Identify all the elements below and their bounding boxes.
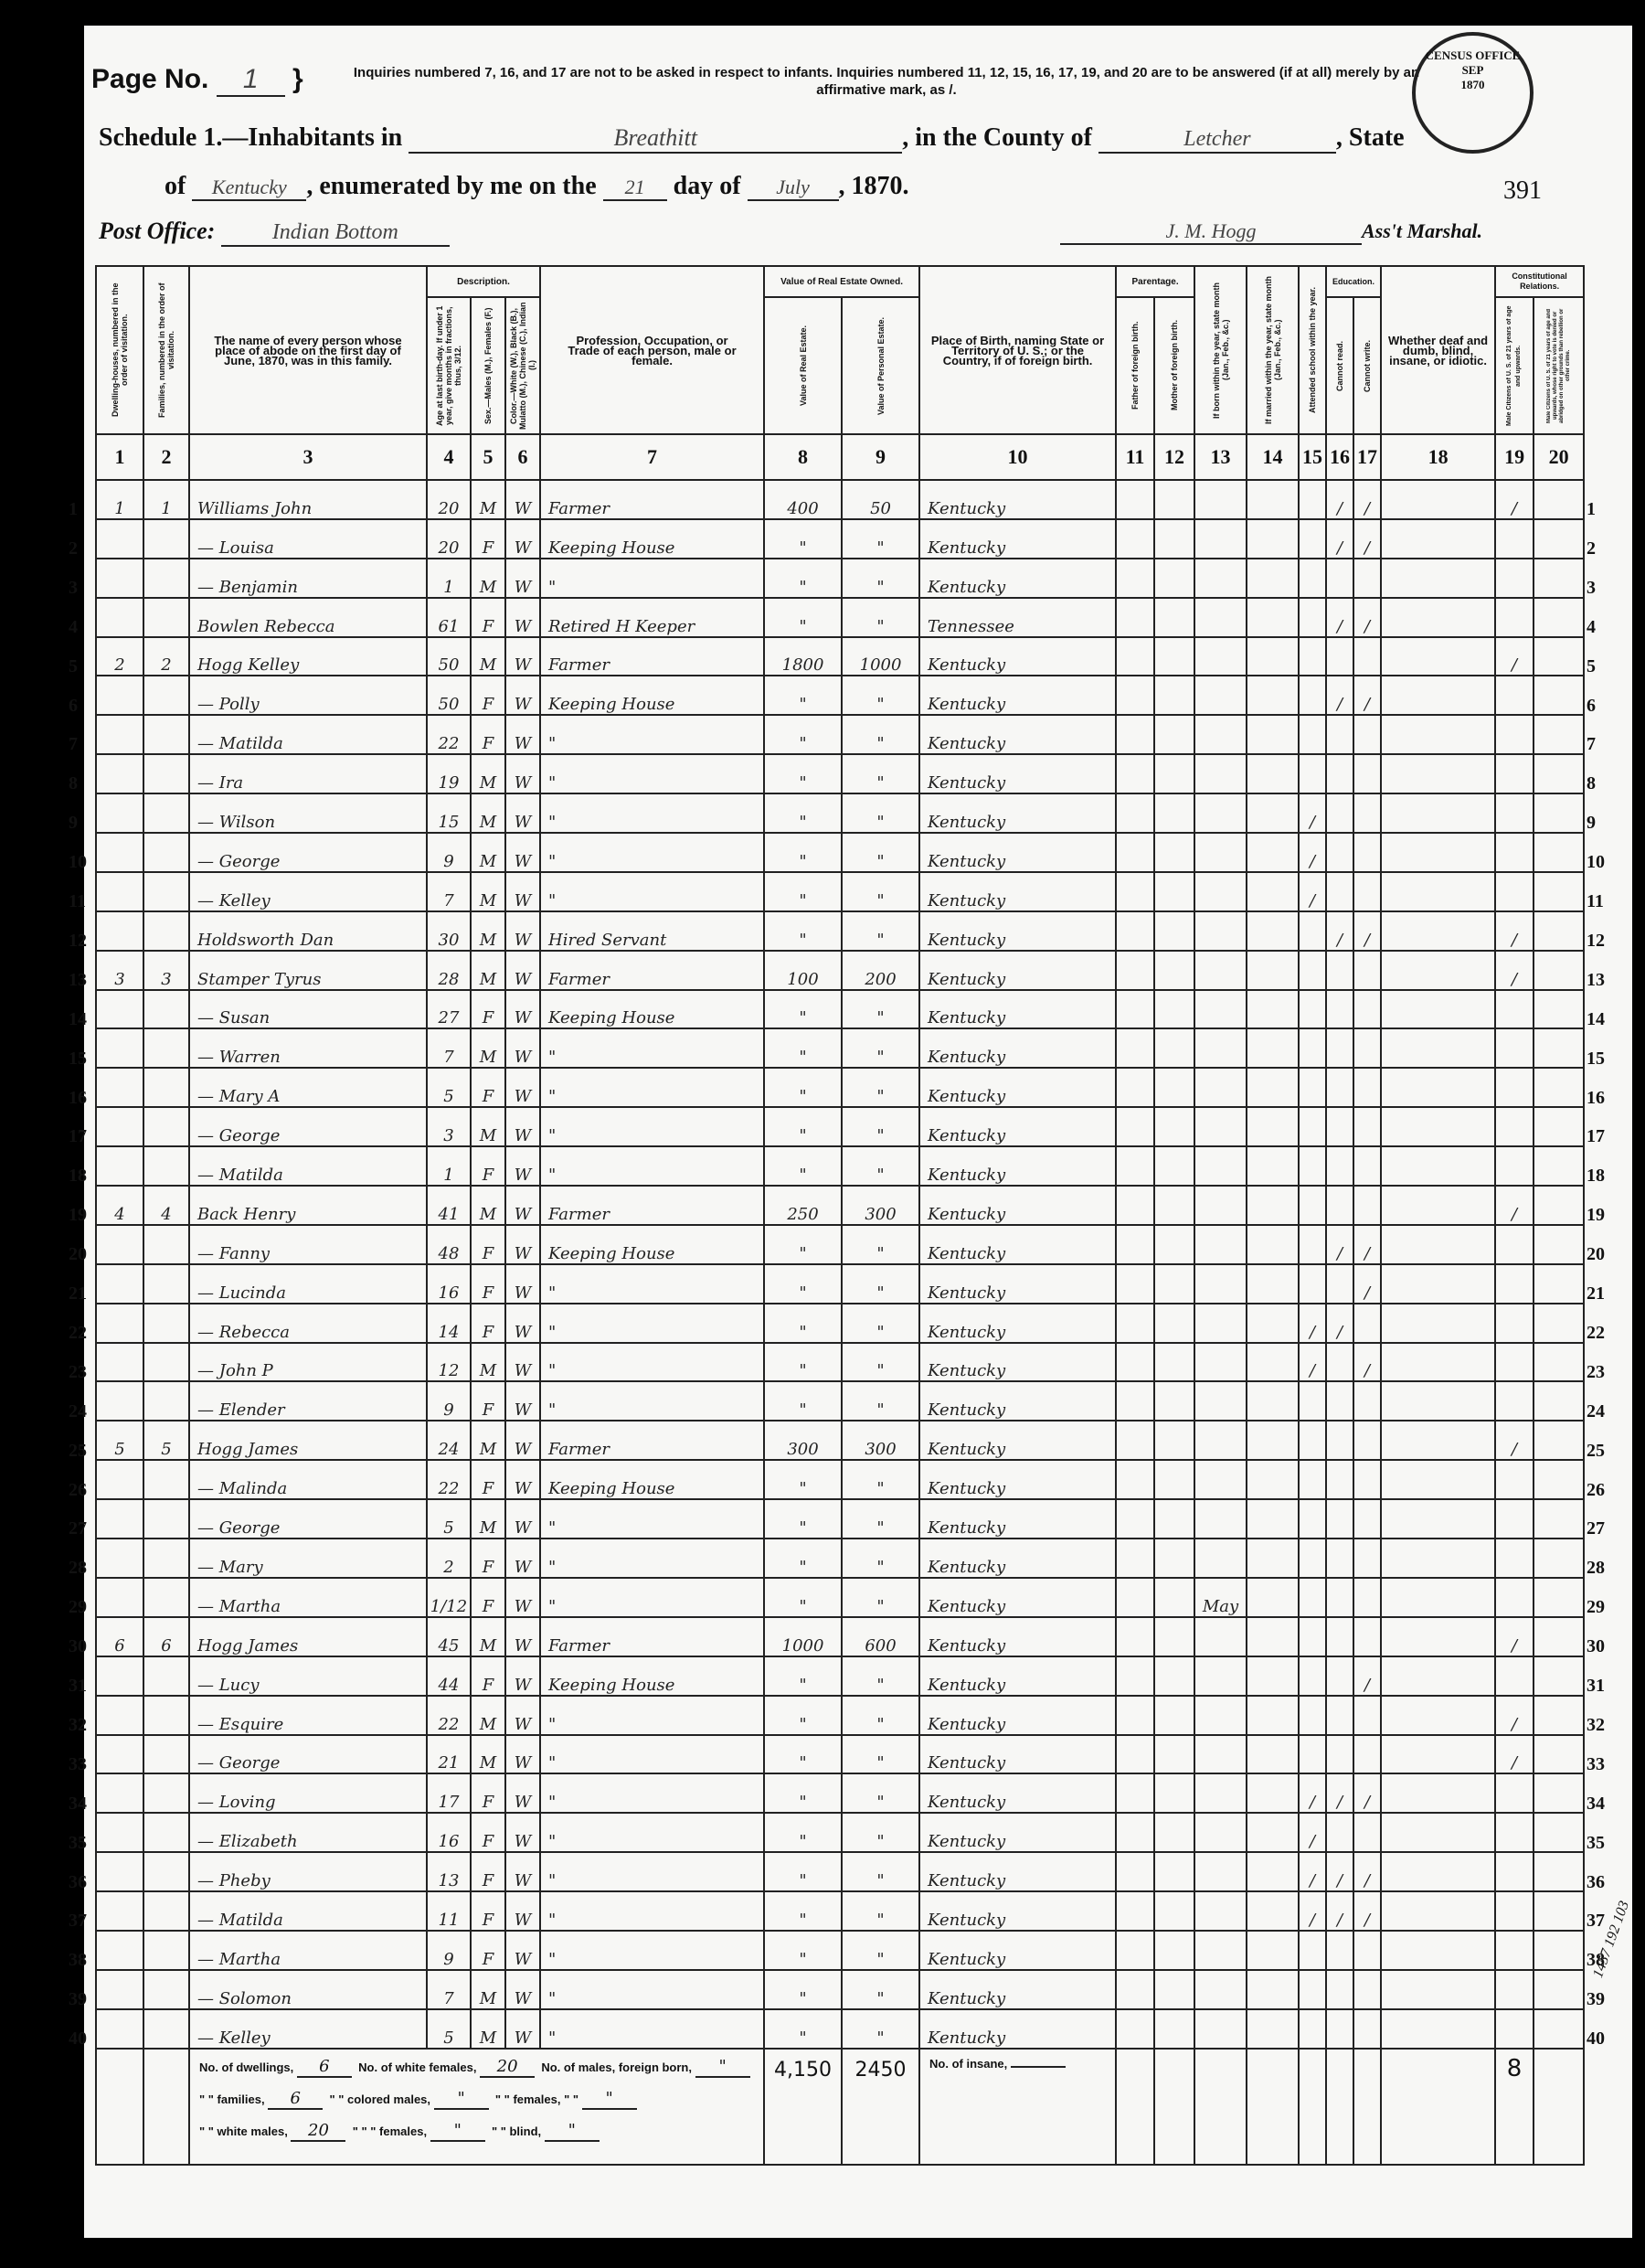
summary-blank bbox=[1381, 2049, 1495, 2165]
col-num: 5 bbox=[471, 434, 505, 480]
table-row: 44Back Henry41MWFarmer250300Kentucky/ bbox=[96, 1186, 1584, 1225]
born-month bbox=[1194, 1656, 1247, 1696]
line-number: 24 bbox=[69, 1401, 87, 1422]
disability bbox=[1381, 990, 1495, 1029]
male-citizen bbox=[1495, 1146, 1534, 1186]
born-month bbox=[1194, 1304, 1247, 1343]
male-citizen bbox=[1495, 1931, 1534, 1970]
birthplace: Kentucky bbox=[919, 715, 1116, 754]
line-number: 39 bbox=[69, 1989, 87, 2010]
disability bbox=[1381, 676, 1495, 715]
age: 15 bbox=[427, 793, 471, 833]
mother-foreign bbox=[1154, 1068, 1194, 1107]
mother-foreign bbox=[1154, 911, 1194, 951]
disability bbox=[1381, 1225, 1495, 1264]
table-row: — Mary2FW"""Kentucky bbox=[96, 1539, 1584, 1578]
dwelling-number bbox=[96, 990, 143, 1029]
father-foreign bbox=[1116, 480, 1154, 519]
sex: M bbox=[471, 951, 505, 990]
color: W bbox=[505, 1421, 540, 1460]
sex: F bbox=[471, 1304, 505, 1343]
born-month bbox=[1194, 1186, 1247, 1225]
personal-estate-value: " bbox=[842, 1381, 919, 1421]
cannot-write bbox=[1353, 951, 1381, 990]
col-num: 16 bbox=[1326, 434, 1353, 480]
color: W bbox=[505, 1343, 540, 1382]
line-number: 6 bbox=[1587, 696, 1596, 717]
col-num: 8 bbox=[764, 434, 842, 480]
line-number: 11 bbox=[69, 891, 86, 912]
mother-foreign bbox=[1154, 1931, 1194, 1970]
birthplace: Kentucky bbox=[919, 1146, 1116, 1186]
born-month bbox=[1194, 1107, 1247, 1146]
birthplace: Kentucky bbox=[919, 1225, 1116, 1264]
col-header-14: If married within the year, state month … bbox=[1247, 266, 1299, 434]
dwelling-number bbox=[96, 1813, 143, 1852]
vote-denied bbox=[1534, 990, 1584, 1029]
father-foreign bbox=[1116, 1696, 1154, 1735]
line-number: 3 bbox=[69, 578, 78, 599]
born-month bbox=[1194, 676, 1247, 715]
family-number bbox=[143, 1656, 189, 1696]
occupation: Farmer bbox=[540, 637, 764, 676]
married-month bbox=[1247, 951, 1299, 990]
cannot-read bbox=[1326, 1539, 1353, 1578]
cannot-write bbox=[1353, 2009, 1381, 2049]
born-month bbox=[1194, 1891, 1247, 1931]
born-month bbox=[1194, 1343, 1247, 1382]
real-estate-value: " bbox=[764, 676, 842, 715]
dwelling-number: 5 bbox=[96, 1421, 143, 1460]
line-number: 23 bbox=[1587, 1362, 1605, 1383]
personal-estate-value: 50 bbox=[842, 480, 919, 519]
table-row: — Susan27FWKeeping House""Kentucky bbox=[96, 990, 1584, 1029]
line-number: 25 bbox=[69, 1441, 87, 1462]
line-number: 14 bbox=[1587, 1009, 1605, 1030]
mother-foreign bbox=[1154, 598, 1194, 637]
line-number: 14 bbox=[69, 1009, 87, 1030]
color: W bbox=[505, 872, 540, 911]
col-header-5: Sex.—Males (M.), Females (F.) bbox=[471, 297, 505, 434]
sex: M bbox=[471, 1343, 505, 1382]
cannot-write bbox=[1353, 1421, 1381, 1460]
white-males-value: 20 bbox=[291, 2121, 345, 2142]
cannot-read bbox=[1326, 951, 1353, 990]
color: W bbox=[505, 2009, 540, 2049]
father-foreign bbox=[1116, 990, 1154, 1029]
mother-foreign bbox=[1154, 1970, 1194, 2009]
family-number bbox=[143, 1931, 189, 1970]
disability bbox=[1381, 1891, 1495, 1931]
real-estate-value: " bbox=[764, 1146, 842, 1186]
attended-school bbox=[1299, 480, 1326, 519]
real-estate-value: " bbox=[764, 1891, 842, 1931]
male-citizen: / bbox=[1495, 480, 1534, 519]
person-name: — Susan bbox=[189, 990, 427, 1029]
person-name: — Mary A bbox=[189, 1068, 427, 1107]
cannot-write: / bbox=[1353, 519, 1381, 559]
cannot-write: / bbox=[1353, 1773, 1381, 1813]
cannot-read bbox=[1326, 872, 1353, 911]
sheet-number: 391 bbox=[1503, 176, 1542, 206]
personal-estate-value: " bbox=[842, 1891, 919, 1931]
line-number: 12 bbox=[69, 931, 87, 952]
age: 7 bbox=[427, 872, 471, 911]
col-header-19: Male Citizens of U. S. of 21 years of ag… bbox=[1495, 297, 1534, 434]
summary-blank bbox=[1194, 2049, 1247, 2165]
table-row: 22Hogg Kelley50MWFarmer18001000Kentucky/ bbox=[96, 637, 1584, 676]
dwelling-number bbox=[96, 715, 143, 754]
schedule-line: Schedule 1.—Inhabitants in Breathitt, in… bbox=[99, 123, 1405, 154]
col-num: 11 bbox=[1116, 434, 1154, 480]
personal-estate-value: 300 bbox=[842, 1186, 919, 1225]
dwelling-number bbox=[96, 1146, 143, 1186]
mother-foreign bbox=[1154, 1146, 1194, 1186]
personal-estate-value: " bbox=[842, 1813, 919, 1852]
married-month bbox=[1247, 2009, 1299, 2049]
white-females-value: 20 bbox=[480, 2057, 535, 2078]
birthplace: Kentucky bbox=[919, 519, 1116, 559]
color: W bbox=[505, 1539, 540, 1578]
birthplace: Kentucky bbox=[919, 951, 1116, 990]
vote-denied bbox=[1534, 2009, 1584, 2049]
line-number: 20 bbox=[69, 1244, 87, 1265]
family-number bbox=[143, 598, 189, 637]
personal-estate-value: " bbox=[842, 754, 919, 793]
color: W bbox=[505, 990, 540, 1029]
personal-estate-total: 2450 bbox=[842, 2049, 919, 2165]
vote-denied bbox=[1534, 1186, 1584, 1225]
line-number: 29 bbox=[69, 1597, 87, 1618]
color: W bbox=[505, 519, 540, 559]
family-number bbox=[143, 519, 189, 559]
summary-blank bbox=[1154, 2049, 1194, 2165]
age: 1/12 bbox=[427, 1578, 471, 1617]
cannot-write bbox=[1353, 833, 1381, 872]
attended-school bbox=[1299, 637, 1326, 676]
mother-foreign bbox=[1154, 1107, 1194, 1146]
vote-denied bbox=[1534, 1068, 1584, 1107]
person-name: — Elizabeth bbox=[189, 1813, 427, 1852]
occupation: Keeping House bbox=[540, 990, 764, 1029]
real-estate-value: " bbox=[764, 1696, 842, 1735]
birthplace: Kentucky bbox=[919, 1499, 1116, 1539]
birthplace: Kentucky bbox=[919, 990, 1116, 1029]
personal-estate-value: " bbox=[842, 1460, 919, 1499]
sex: M bbox=[471, 754, 505, 793]
married-month bbox=[1247, 1539, 1299, 1578]
person-name: — Benjamin bbox=[189, 559, 427, 598]
insane-value bbox=[1011, 2066, 1066, 2068]
attended-school bbox=[1299, 1539, 1326, 1578]
male-citizen bbox=[1495, 1068, 1534, 1107]
cannot-read bbox=[1326, 1578, 1353, 1617]
attended-school bbox=[1299, 1931, 1326, 1970]
cannot-write bbox=[1353, 1931, 1381, 1970]
mother-foreign bbox=[1154, 715, 1194, 754]
table-row: — Polly50FWKeeping House""Kentucky// bbox=[96, 676, 1584, 715]
real-estate-value: " bbox=[764, 1656, 842, 1696]
age: 41 bbox=[427, 1186, 471, 1225]
line-number: 22 bbox=[1587, 1323, 1605, 1344]
personal-estate-value: " bbox=[842, 598, 919, 637]
father-foreign bbox=[1116, 1146, 1154, 1186]
attended-school bbox=[1299, 1656, 1326, 1696]
person-name: — Loving bbox=[189, 1773, 427, 1813]
sex: M bbox=[471, 1028, 505, 1068]
cannot-read bbox=[1326, 990, 1353, 1029]
cannot-read bbox=[1326, 1617, 1353, 1656]
colored-males-label: " " colored males, bbox=[329, 2092, 430, 2106]
line-number: 40 bbox=[69, 2028, 87, 2050]
person-name: — Matilda bbox=[189, 1891, 427, 1931]
father-foreign bbox=[1116, 1735, 1154, 1774]
birthplace: Kentucky bbox=[919, 1539, 1116, 1578]
family-number bbox=[143, 676, 189, 715]
table-row: — Pheby13FW"""Kentucky/// bbox=[96, 1852, 1584, 1891]
color: W bbox=[505, 951, 540, 990]
line-number: 36 bbox=[69, 1872, 87, 1893]
age: 48 bbox=[427, 1225, 471, 1264]
summary-blank bbox=[1326, 2049, 1353, 2165]
person-name: — Martha bbox=[189, 1578, 427, 1617]
disability bbox=[1381, 1107, 1495, 1146]
disability bbox=[1381, 1617, 1495, 1656]
attended-school bbox=[1299, 1617, 1326, 1656]
disability bbox=[1381, 754, 1495, 793]
stamp-text: CENSUS OFFICE bbox=[1416, 48, 1530, 63]
disability bbox=[1381, 1499, 1495, 1539]
vote-denied bbox=[1534, 519, 1584, 559]
father-foreign bbox=[1116, 1970, 1154, 2009]
father-foreign bbox=[1116, 1264, 1154, 1304]
married-month bbox=[1247, 1264, 1299, 1304]
real-estate-value: " bbox=[764, 793, 842, 833]
summary-blank bbox=[1247, 2049, 1299, 2165]
vote-denied bbox=[1534, 1304, 1584, 1343]
schedule-label: Schedule 1.—Inhabitants in bbox=[99, 123, 402, 152]
personal-estate-value: 1000 bbox=[842, 637, 919, 676]
sex: F bbox=[471, 519, 505, 559]
personal-estate-value: " bbox=[842, 1773, 919, 1813]
married-month bbox=[1247, 1421, 1299, 1460]
personal-estate-value: " bbox=[842, 1656, 919, 1696]
cannot-write: / bbox=[1353, 1225, 1381, 1264]
line-number: 8 bbox=[1587, 773, 1596, 794]
birthplace: Kentucky bbox=[919, 676, 1116, 715]
mother-foreign bbox=[1154, 1773, 1194, 1813]
sex: F bbox=[471, 1931, 505, 1970]
born-month bbox=[1194, 1852, 1247, 1891]
family-number bbox=[143, 1304, 189, 1343]
line-number: 19 bbox=[1587, 1205, 1605, 1226]
real-estate-value: " bbox=[764, 1499, 842, 1539]
line-number: 38 bbox=[69, 1950, 87, 1971]
disability bbox=[1381, 951, 1495, 990]
disability bbox=[1381, 1146, 1495, 1186]
disability bbox=[1381, 1539, 1495, 1578]
real-estate-value: 300 bbox=[764, 1421, 842, 1460]
sex: M bbox=[471, 793, 505, 833]
table-row: — Lucy44FWKeeping House""Kentucky/ bbox=[96, 1656, 1584, 1696]
stamp-year: 1870 bbox=[1416, 78, 1530, 92]
male-citizen bbox=[1495, 1107, 1534, 1146]
male-citizen: / bbox=[1495, 911, 1534, 951]
personal-estate-value: " bbox=[842, 2009, 919, 2049]
real-estate-value: " bbox=[764, 1107, 842, 1146]
mother-foreign bbox=[1154, 1381, 1194, 1421]
birthplace: Kentucky bbox=[919, 1617, 1116, 1656]
father-foreign bbox=[1116, 793, 1154, 833]
table-row: — Kelley7MW"""Kentucky/ bbox=[96, 872, 1584, 911]
attended-school bbox=[1299, 1225, 1326, 1264]
married-month bbox=[1247, 833, 1299, 872]
family-number bbox=[143, 911, 189, 951]
attended-school bbox=[1299, 1970, 1326, 2009]
vote-denied bbox=[1534, 1499, 1584, 1539]
personal-estate-value: " bbox=[842, 1696, 919, 1735]
birthplace: Kentucky bbox=[919, 833, 1116, 872]
attended-school bbox=[1299, 1735, 1326, 1774]
line-number: 40 bbox=[1587, 2028, 1605, 2050]
married-month bbox=[1247, 480, 1299, 519]
birthplace: Kentucky bbox=[919, 793, 1116, 833]
mother-foreign bbox=[1154, 637, 1194, 676]
sex: F bbox=[471, 1656, 505, 1696]
marshal-signature: J. M. Hogg bbox=[1060, 219, 1362, 245]
father-foreign bbox=[1116, 911, 1154, 951]
male-citizen bbox=[1495, 1852, 1534, 1891]
sex: M bbox=[471, 1696, 505, 1735]
personal-estate-value: " bbox=[842, 1931, 919, 1970]
color: W bbox=[505, 1264, 540, 1304]
table-row: — Solomon7MW"""Kentucky bbox=[96, 1970, 1584, 2009]
cannot-write bbox=[1353, 1539, 1381, 1578]
married-month bbox=[1247, 1460, 1299, 1499]
cannot-read bbox=[1326, 1421, 1353, 1460]
vote-denied bbox=[1534, 872, 1584, 911]
birthplace: Kentucky bbox=[919, 1931, 1116, 1970]
summary-line-3: " " white males, 20 " " " females, " " "… bbox=[199, 2121, 763, 2142]
occupation: Retired H Keeper bbox=[540, 598, 764, 637]
dwelling-number bbox=[96, 2009, 143, 2049]
group-header-row: Dwelling-houses, numbered in the order o… bbox=[96, 266, 1584, 297]
family-number: 1 bbox=[143, 480, 189, 519]
person-name: Holdsworth Dan bbox=[189, 911, 427, 951]
disability bbox=[1381, 559, 1495, 598]
line-number: 5 bbox=[69, 656, 78, 677]
vote-denied bbox=[1534, 951, 1584, 990]
dwelling-number bbox=[96, 1304, 143, 1343]
disability bbox=[1381, 1970, 1495, 2009]
family-number: 5 bbox=[143, 1421, 189, 1460]
family-number bbox=[143, 1539, 189, 1578]
birthplace: Kentucky bbox=[919, 1460, 1116, 1499]
father-foreign bbox=[1116, 754, 1154, 793]
dwelling-number: 4 bbox=[96, 1186, 143, 1225]
born-month bbox=[1194, 911, 1247, 951]
column-number-row: 1 2 3 4 5 6 7 8 9 10 11 12 13 14 15 16 1… bbox=[96, 434, 1584, 480]
mother-foreign bbox=[1154, 1186, 1194, 1225]
mother-foreign bbox=[1154, 1028, 1194, 1068]
summary-line-1: No. of dwellings, 6 No. of white females… bbox=[199, 2057, 763, 2078]
real-estate-value: " bbox=[764, 1264, 842, 1304]
attended-school: / bbox=[1299, 1343, 1326, 1382]
age: 9 bbox=[427, 1931, 471, 1970]
person-name: — Elender bbox=[189, 1381, 427, 1421]
male-citizen: / bbox=[1495, 1696, 1534, 1735]
cannot-write: / bbox=[1353, 480, 1381, 519]
married-month bbox=[1247, 1028, 1299, 1068]
family-number bbox=[143, 1813, 189, 1852]
male-citizen bbox=[1495, 1225, 1534, 1264]
married-month bbox=[1247, 1107, 1299, 1146]
age: 9 bbox=[427, 1381, 471, 1421]
born-month bbox=[1194, 1931, 1247, 1970]
color: W bbox=[505, 1813, 540, 1852]
dwelling-number: 2 bbox=[96, 637, 143, 676]
summary-blank bbox=[143, 2049, 189, 2165]
father-foreign bbox=[1116, 951, 1154, 990]
personal-estate-value: " bbox=[842, 1146, 919, 1186]
occupation: " bbox=[540, 1028, 764, 1068]
cannot-read bbox=[1326, 1146, 1353, 1186]
month-field: July bbox=[748, 176, 839, 201]
cannot-read bbox=[1326, 1068, 1353, 1107]
vote-denied bbox=[1534, 1931, 1584, 1970]
birthplace: Kentucky bbox=[919, 911, 1116, 951]
personal-estate-value: " bbox=[842, 1225, 919, 1264]
age: 50 bbox=[427, 637, 471, 676]
person-name: — John P bbox=[189, 1343, 427, 1382]
dwellings-label: No. of dwellings, bbox=[199, 2060, 293, 2074]
occupation: " bbox=[540, 559, 764, 598]
scan-border bbox=[53, 0, 66, 2268]
cannot-write: / bbox=[1353, 1264, 1381, 1304]
disability bbox=[1381, 1343, 1495, 1382]
cannot-write: / bbox=[1353, 1343, 1381, 1382]
disability bbox=[1381, 637, 1495, 676]
father-foreign bbox=[1116, 1931, 1154, 1970]
married-month bbox=[1247, 1186, 1299, 1225]
married-month bbox=[1247, 1578, 1299, 1617]
table-row: — Matilda11FW"""Kentucky/// bbox=[96, 1891, 1584, 1931]
male-citizen bbox=[1495, 519, 1534, 559]
vote-denied bbox=[1534, 598, 1584, 637]
table-row: Bowlen Rebecca61FWRetired H Keeper""Tenn… bbox=[96, 598, 1584, 637]
col-num: 9 bbox=[842, 434, 919, 480]
cannot-read: / bbox=[1326, 480, 1353, 519]
cannot-write bbox=[1353, 754, 1381, 793]
mother-foreign bbox=[1154, 951, 1194, 990]
occupation: " bbox=[540, 833, 764, 872]
personal-estate-value: " bbox=[842, 1107, 919, 1146]
person-name: — Warren bbox=[189, 1028, 427, 1068]
personal-estate-value: 300 bbox=[842, 1421, 919, 1460]
col-header-9: Value of Personal Estate. bbox=[842, 297, 919, 434]
dwelling-number bbox=[96, 1735, 143, 1774]
father-foreign bbox=[1116, 1107, 1154, 1146]
occupation: " bbox=[540, 2009, 764, 2049]
table-row: — Elender9FW"""Kentucky bbox=[96, 1381, 1584, 1421]
color: W bbox=[505, 1656, 540, 1696]
age: 14 bbox=[427, 1304, 471, 1343]
married-month bbox=[1247, 1499, 1299, 1539]
occupation: Keeping House bbox=[540, 1460, 764, 1499]
married-month bbox=[1247, 1617, 1299, 1656]
born-month bbox=[1194, 1773, 1247, 1813]
occupation: " bbox=[540, 1146, 764, 1186]
